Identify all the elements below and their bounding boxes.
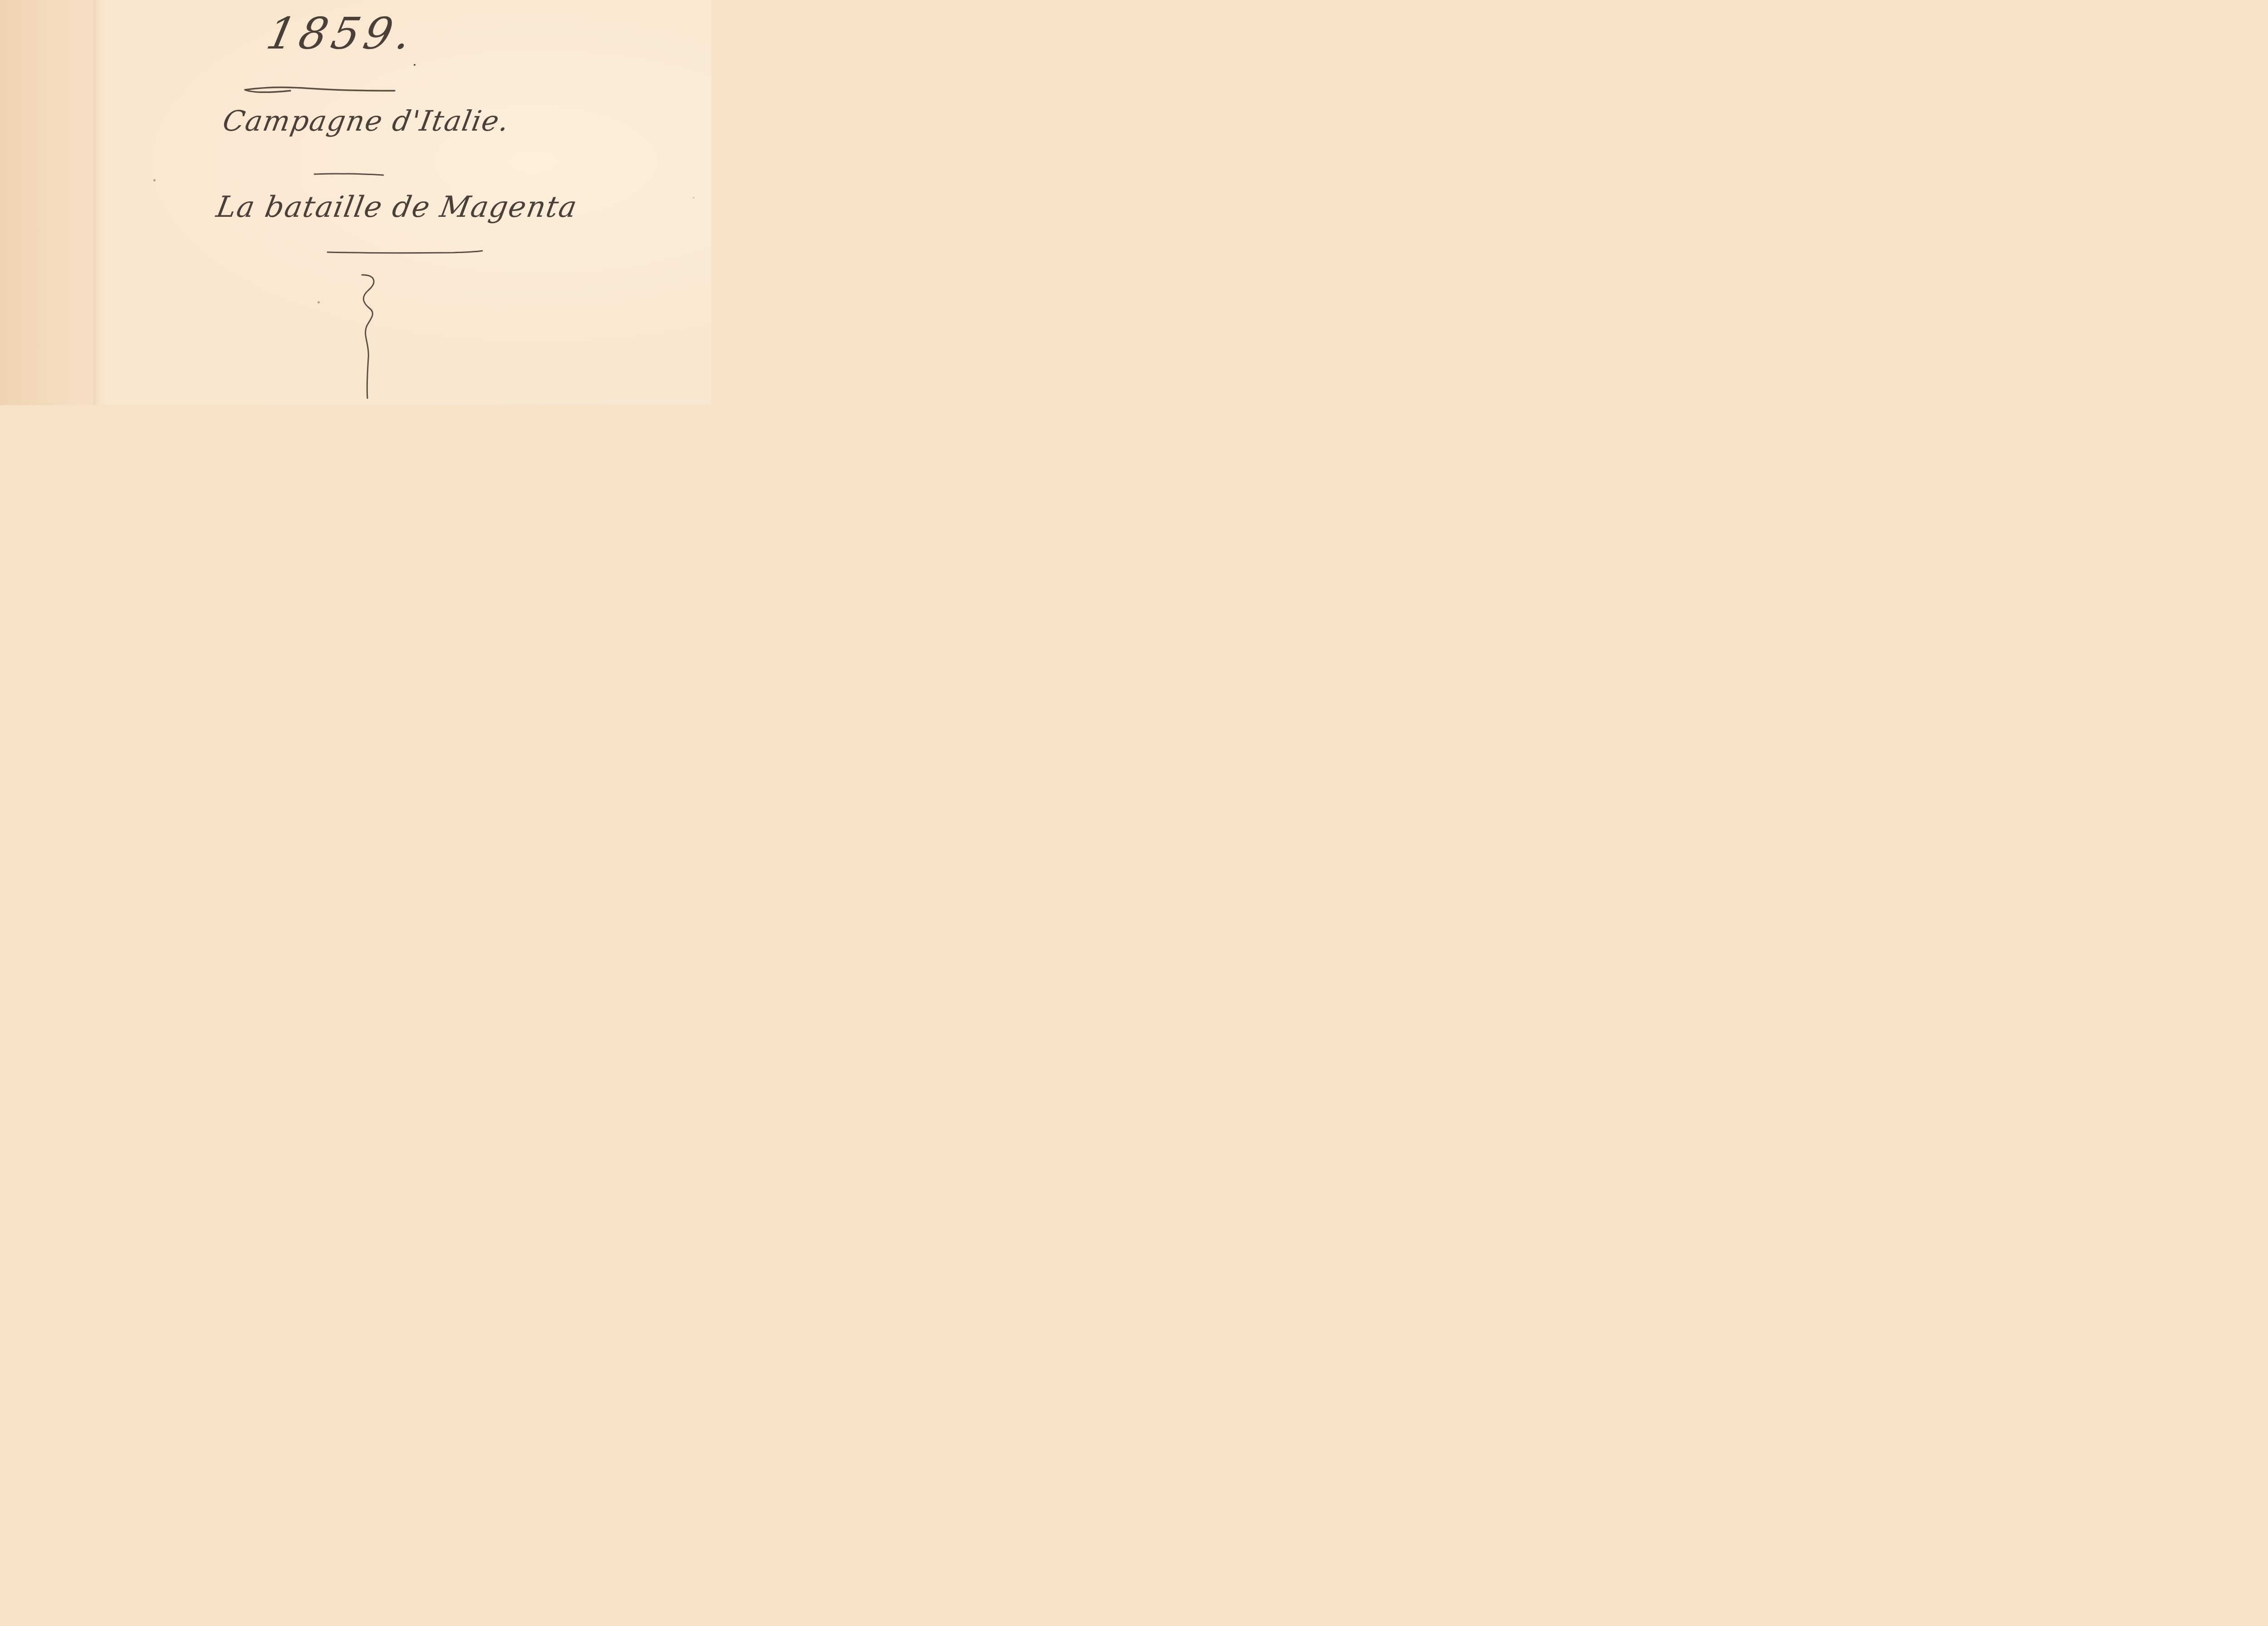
- subtitle-underline: [327, 251, 482, 253]
- paper-speck: [693, 197, 694, 199]
- manuscript-page: 1859. Campagne d'Italie. La bataille de …: [0, 0, 711, 405]
- flourish-underline: [245, 88, 395, 93]
- title-heading: Campagne d'Italie.: [220, 104, 513, 137]
- short-dash-separator: [314, 174, 383, 175]
- year-heading: 1859.: [262, 8, 420, 59]
- year-period-mark: [414, 64, 415, 66]
- subtitle-heading: La bataille de Magenta: [214, 190, 580, 224]
- paper-speck: [318, 301, 320, 303]
- paper-speck: [153, 179, 156, 181]
- page-crease: [93, 0, 98, 405]
- vertical-squiggle: [362, 275, 374, 398]
